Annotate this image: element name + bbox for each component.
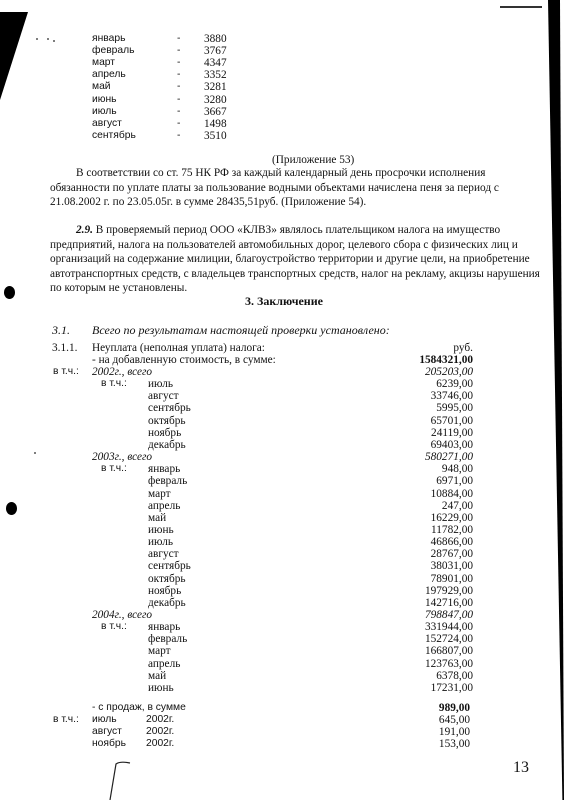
speck bbox=[47, 38, 49, 40]
incl-label: в т.ч.: bbox=[53, 714, 79, 726]
month-label: июль bbox=[148, 378, 173, 390]
month-label: апрель bbox=[92, 69, 126, 81]
month-value: 17231,00 bbox=[431, 682, 473, 694]
month-label: июль bbox=[148, 536, 173, 548]
section-3-heading: 3. Заключение bbox=[0, 295, 568, 307]
month-value: 65701,00 bbox=[431, 415, 473, 427]
month-label: январь bbox=[148, 621, 180, 633]
scan-artifact-edge bbox=[548, 0, 564, 800]
month-value: 69403,00 bbox=[431, 439, 473, 451]
section-2-9-number: 2.9. bbox=[76, 224, 93, 236]
month-label: апрель bbox=[148, 500, 180, 512]
month-value: 24119,00 bbox=[431, 427, 473, 439]
year-label: 2003г., всего bbox=[92, 451, 152, 463]
incl-label: в т.ч.: bbox=[101, 378, 127, 390]
month-value: 6971,00 bbox=[436, 475, 473, 487]
dash: - bbox=[177, 118, 180, 130]
month-value: 38031,00 bbox=[431, 560, 473, 572]
year-total: 205203,00 bbox=[425, 366, 473, 378]
month-label: февраль bbox=[92, 45, 135, 57]
year-label: 2004г., всего bbox=[92, 609, 152, 621]
month-value: 197929,00 bbox=[425, 585, 473, 597]
month-value: 123763,00 bbox=[425, 658, 473, 670]
vat-total: 1584321,00 bbox=[419, 354, 473, 366]
month-value: 331944,00 bbox=[425, 621, 473, 633]
incl-label: в т.ч.: bbox=[101, 621, 127, 633]
month-label: январь bbox=[92, 33, 125, 45]
speck bbox=[36, 38, 38, 40]
sales-year: 2002г. bbox=[146, 726, 174, 738]
year-total: 798847,00 bbox=[425, 609, 473, 621]
sales-year: 2002г. bbox=[146, 714, 174, 726]
month-label: август bbox=[148, 390, 179, 402]
dash: - bbox=[177, 45, 180, 57]
section-3-1-1-title: Неуплата (неполная уплата) налога: bbox=[92, 342, 265, 354]
sales-value: 153,00 bbox=[439, 738, 470, 750]
dash: - bbox=[177, 106, 180, 118]
month-value: 152724,00 bbox=[425, 633, 473, 645]
penalty-paragraph: В соответствии со ст. 75 НК РФ за каждый… bbox=[50, 166, 540, 210]
month-value: 28767,00 bbox=[431, 548, 473, 560]
section-2-9-text: В проверяемый период ООО «КЛВЗ» являлось… bbox=[50, 224, 540, 294]
month-label: август bbox=[148, 548, 179, 560]
month-label: май bbox=[148, 670, 166, 682]
month-value: 3281 bbox=[204, 81, 227, 93]
month-label: июль bbox=[92, 106, 117, 118]
month-value: 3280 bbox=[204, 94, 227, 106]
sales-month: ноябрь bbox=[92, 738, 126, 750]
speck bbox=[53, 40, 55, 42]
signature-mark bbox=[108, 760, 138, 800]
sales-month: июль bbox=[92, 714, 117, 726]
month-label: июнь bbox=[148, 682, 174, 694]
month-value: 3510 bbox=[204, 130, 227, 142]
month-label: март bbox=[148, 645, 171, 657]
sales-total: 989,00 bbox=[439, 702, 470, 714]
month-value: 3352 bbox=[204, 69, 227, 81]
month-value: 4347 bbox=[204, 57, 227, 69]
month-value: 16229,00 bbox=[431, 512, 473, 524]
page-number: 13 bbox=[513, 762, 529, 774]
dash: - bbox=[177, 33, 180, 45]
month-label: декабрь bbox=[148, 439, 186, 451]
sales-value: 191,00 bbox=[439, 726, 470, 738]
month-label: май bbox=[148, 512, 166, 524]
appendix-53-ref: (Приложение 53) bbox=[272, 154, 354, 166]
sales-label: - с продаж, в сумме bbox=[92, 702, 186, 714]
sales-month: август bbox=[92, 726, 122, 738]
section-3-1-text: Всего по результатам настоящей проверки … bbox=[92, 324, 390, 336]
month-label: ноябрь bbox=[148, 427, 181, 439]
incl-label: в т.ч.: bbox=[101, 463, 127, 475]
month-value: 1498 bbox=[204, 118, 227, 130]
section-3-1-1-number: 3.1.1. bbox=[52, 342, 77, 354]
month-label: октябрь bbox=[148, 573, 186, 585]
vat-label: - на добавленную стоимость, в сумме: bbox=[92, 354, 276, 366]
month-value: 6239,00 bbox=[436, 378, 473, 390]
month-value: 166807,00 bbox=[425, 645, 473, 657]
section-3-1-number: 3.1. bbox=[52, 324, 70, 336]
month-value: 46866,00 bbox=[431, 536, 473, 548]
month-value: 10884,00 bbox=[431, 488, 473, 500]
month-label: апрель bbox=[148, 658, 180, 670]
month-label: май bbox=[92, 81, 111, 93]
month-value: 948,00 bbox=[442, 463, 473, 475]
month-label: февраль bbox=[148, 475, 187, 487]
section-2-9: 2.9. В проверяемый период ООО «КЛВЗ» явл… bbox=[50, 223, 540, 296]
month-label: февраль bbox=[148, 633, 187, 645]
month-value: 5995,00 bbox=[436, 402, 473, 414]
scan-artifact-line bbox=[500, 6, 542, 8]
month-label: ноябрь bbox=[148, 585, 181, 597]
month-label: март bbox=[148, 488, 171, 500]
month-value: 3767 bbox=[204, 45, 227, 57]
incl-label: в т.ч.: bbox=[53, 366, 79, 378]
month-value: 3667 bbox=[204, 106, 227, 118]
dash: - bbox=[177, 69, 180, 81]
month-label: март bbox=[92, 57, 115, 69]
sales-value: 645,00 bbox=[439, 714, 470, 726]
month-label: октябрь bbox=[148, 415, 186, 427]
dash: - bbox=[177, 57, 180, 69]
dash: - bbox=[177, 94, 180, 106]
month-label: сентябрь bbox=[92, 130, 136, 142]
month-label: август bbox=[92, 118, 122, 130]
month-label: июнь bbox=[148, 524, 174, 536]
month-label: сентябрь bbox=[148, 402, 191, 414]
sales-year: 2002г. bbox=[146, 738, 174, 750]
month-value: 78901,00 bbox=[431, 573, 473, 585]
month-value: 142716,00 bbox=[425, 597, 473, 609]
year-label: 2002г., всего bbox=[92, 366, 152, 378]
currency-label: руб. bbox=[453, 342, 473, 354]
month-label: декабрь bbox=[148, 597, 186, 609]
dash: - bbox=[177, 130, 180, 142]
scan-artifact-wedge bbox=[0, 12, 28, 100]
year-total: 580271,00 bbox=[425, 451, 473, 463]
month-value: 33746,00 bbox=[431, 390, 473, 402]
month-label: сентябрь bbox=[148, 560, 191, 572]
month-value: 11782,00 bbox=[431, 524, 473, 536]
punch-hole bbox=[6, 502, 17, 515]
month-value: 247,00 bbox=[442, 500, 473, 512]
month-label: январь bbox=[148, 463, 180, 475]
month-label: июнь bbox=[92, 94, 117, 106]
month-value: 3880 bbox=[204, 33, 227, 45]
speck bbox=[34, 452, 36, 454]
month-value: 6378,00 bbox=[436, 670, 473, 682]
dash: - bbox=[177, 81, 180, 93]
